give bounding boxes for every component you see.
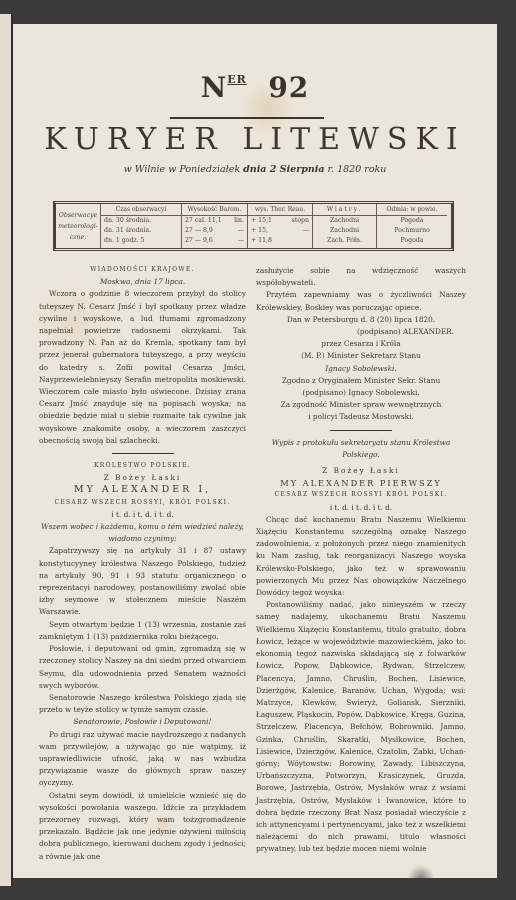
decree-countersign: przez Cesarza i Króla: [256, 338, 466, 350]
decree-address: Wszem wobec i każdemu, komu o tém wiedzi…: [39, 521, 246, 545]
article-paragraph: Zapatrzywszy się na artykuły 31 i 87 ust…: [39, 545, 246, 618]
issue-number-sup: ER: [227, 73, 247, 86]
weather-header-thermometer: wys. Ther. Reau.: [248, 204, 312, 216]
decree-grace: Z Bożey Łaski: [39, 472, 246, 484]
article-paragraph: Przytém zapewniamy was o życzliwości Nas…: [256, 289, 466, 313]
weather-cell: 27 — 9,6—: [182, 236, 247, 246]
weather-cell: + 11,8: [248, 236, 312, 246]
barometer-unit: lin.: [234, 216, 244, 226]
left-column: WIADOMOŚCI KRAJOWE. Moskwa, dnia 17 lipc…: [39, 264, 246, 863]
weather-cell: 27 — 8,9—: [182, 226, 247, 236]
weather-cell: Pogoda: [377, 236, 447, 246]
decree-given-at: Dan w Petersburgu d. 8 (20) lipca 1820.: [256, 314, 466, 326]
barometer-value: 27 — 8,9: [185, 226, 213, 236]
dateline-place: w Wilnie w Poniedziałek: [124, 164, 241, 175]
masthead-rule: [170, 117, 324, 119]
issue-number-prefix: N: [201, 71, 228, 104]
thermometer-value: + 15,1: [251, 216, 272, 226]
decree-etc: i t. d. i t. d. i t. d.: [39, 509, 246, 521]
article-paragraph: Postanowiliśmy nadać, jako ninieyszém w …: [256, 599, 466, 855]
article-paragraph: Ostatni seym dowiódł, iż umieliście wzni…: [39, 790, 246, 863]
article-paragraph: Seym otwartym będzie 1 (13) wrzesnia, zo…: [39, 619, 246, 643]
decree-sovereign-name: MY ALEXANDER I,: [39, 484, 246, 496]
decree-sovereign-title: CESARZ WSZECH ROSSYI, KRÓL POLSKI.: [39, 497, 246, 509]
decree-conformity-name: (podpisano) Ignacy Sobolewski.: [256, 387, 466, 399]
weather-cell: dn. 31 średnia.: [101, 226, 181, 236]
section-heading-domestic-news: WIADOMOŚCI KRAJOWE.: [39, 264, 246, 276]
barometer-unit: —: [238, 236, 244, 246]
weather-col-thermometer: wys. Ther. Reau. + 15,1stopn + 15,— + 11…: [248, 204, 313, 248]
weather-col-wind: Wiatry. Zachodni Zachodni Zach. Półn.: [313, 204, 377, 248]
decree-grace: Z Bożey Łaski: [256, 465, 466, 477]
barometer-value: 27 cal. 11,1: [185, 216, 222, 226]
issue-number: NER 92: [13, 71, 497, 104]
weather-cell: Zachodni: [313, 216, 376, 226]
weather-cell: Zachodni: [313, 226, 376, 236]
decree-conformity-name: i policyi Tadeusz Mostowski.: [256, 411, 466, 423]
decree-etc: i t. d. i t. d. i t. d.: [256, 502, 466, 514]
decree-sovereign-title: CESARZ WSZECH ROSSYI KRÓL POLSKI.: [256, 489, 466, 501]
thermometer-value: + 11,8: [251, 236, 272, 246]
weather-header-barometer: Wysokość Barom.: [182, 204, 247, 216]
article-paragraph: Po drugi raz używać macie naydroższego z…: [39, 729, 246, 790]
weather-cell: 27 cal. 11,1lin.: [182, 216, 247, 226]
weather-cell: dn. 1 godz. 5: [101, 236, 181, 246]
barometer-value: 27 — 9,6: [185, 236, 213, 246]
decree-signature: (podpisano) ALEXANDER.: [256, 326, 466, 338]
decree-conformity: Zgodno z Oryginałem Minister Sekr. Stanu: [256, 375, 466, 387]
separator-rule: [112, 453, 174, 454]
weather-header-time: Czas obserwacyi: [101, 204, 181, 216]
previous-page-edge: [0, 14, 13, 886]
dateline-date: dnia 2 Sierpnia: [243, 164, 324, 175]
article-paragraph: Senatorowie Naszego królestwa Polskiego …: [39, 692, 246, 716]
thermometer-unit: stopn: [292, 216, 309, 226]
weather-cell: Zach. Półn.: [313, 236, 376, 246]
article-paragraph: Wczora o godzinie 8 wieczorem przybył do…: [39, 288, 246, 447]
weather-label: Obserwacye meteorologi-czne.: [56, 204, 101, 248]
separator-rule: [330, 430, 392, 431]
article-paragraph: Posłowie, i deputowani od gmin, zgromadz…: [39, 643, 246, 692]
decree-address: Senatorowie, Posłowie i Deputowani!: [39, 716, 246, 728]
protocol-extract-heading: Wypis z protokułu sekretaryatu stanu Kró…: [256, 437, 466, 461]
weather-cell: Pogoda: [377, 216, 447, 226]
weather-header-wind: Wiatry.: [313, 204, 376, 216]
decree-conformity: Za zgodność Minister spraw wewnętrznych: [256, 399, 466, 411]
article-dateline: Moskwa, dnia 17 lipca.: [39, 276, 246, 288]
decree-countersign: (M. P.) Minister Sekretarz Stanu: [256, 350, 466, 362]
weather-cell: + 15,1stopn: [248, 216, 312, 226]
decree-sovereign-name: MY ALEXANDER PIERWSZY: [256, 477, 466, 489]
newspaper-title: KURYER LITEWSKI: [13, 122, 497, 157]
weather-observation-table: Obserwacye meteorologi-czne. Czas obserw…: [53, 201, 454, 251]
weather-cell: + 15,—: [248, 226, 312, 236]
weather-cell: dn. 30 środnia.: [101, 216, 181, 226]
thermometer-value: + 15,: [251, 226, 268, 236]
weather-cell: Pochmurno: [377, 226, 447, 236]
article-paragraph: zasłużycie sobie na wdzięczność waszych …: [256, 265, 466, 289]
weather-header-sky: Odmia: w powie.: [377, 204, 447, 216]
weather-col-sky: Odmia: w powie. Pogoda Pochmurno Pogoda: [377, 204, 447, 248]
right-column: zasłużycie sobie na wdzięczność waszych …: [256, 265, 466, 856]
section-heading-kingdom-of-poland: KRÓLESTWO POLSKIE.: [39, 460, 246, 472]
issue-number-value: 92: [268, 71, 309, 104]
dateline-year: r. 1820 roku: [328, 164, 387, 175]
barometer-unit: —: [238, 226, 244, 236]
weather-col-barometer: Wysokość Barom. 27 cal. 11,1lin. 27 — 8,…: [182, 204, 248, 248]
dateline: w Wilnie w Poniedziałek dnia 2 Sierpnia …: [13, 164, 497, 175]
weather-col-time: Czas obserwacyi dn. 30 środnia. dn. 31 ś…: [101, 204, 182, 248]
newspaper-page: NER 92 KURYER LITEWSKI w Wilnie w Ponied…: [13, 24, 497, 878]
decree-countersign-name: Ignacy Sobolewski.: [256, 363, 466, 375]
article-paragraph: Chcąc dać kochanemu Bratu Naszemu Wielki…: [256, 514, 466, 599]
thermometer-unit: —: [303, 226, 309, 236]
